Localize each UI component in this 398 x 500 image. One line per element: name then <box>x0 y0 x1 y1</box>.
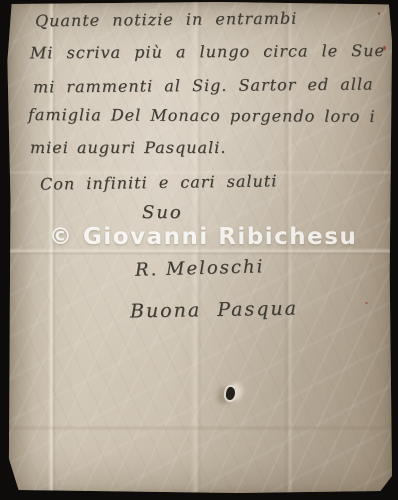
handwritten-line-7-valediction: Suo <box>142 202 183 223</box>
age-spot <box>378 12 380 15</box>
handwritten-line-2: Mi scriva più a lungo circa le Sue vac- <box>30 41 398 63</box>
handwritten-line-6-closing: Con infiniti e cari saluti <box>40 171 278 193</box>
handwritten-line-5: miei auguri Pasquali. <box>30 138 226 157</box>
photo-backdrop: Quante notizie in entrambi Mi scriva più… <box>0 0 398 500</box>
handwritten-easter-greeting: Buona Pasqua <box>130 298 298 323</box>
paper-hole <box>222 384 239 404</box>
handwritten-line-1: Quante notizie in entrambi <box>35 9 297 31</box>
fold-crease-horizontal-lower <box>7 425 392 431</box>
age-spot <box>365 302 368 304</box>
watermark-text: © Giovanni Ribichesu <box>49 224 357 250</box>
age-spot <box>383 46 386 50</box>
handwritten-line-3: mi rammenti al Sig. Sartor ed alla <box>33 75 374 97</box>
handwritten-line-4: famiglia Del Monaco porgendo loro i <box>28 105 376 126</box>
handwritten-signature: R. Meloschi <box>135 256 265 280</box>
